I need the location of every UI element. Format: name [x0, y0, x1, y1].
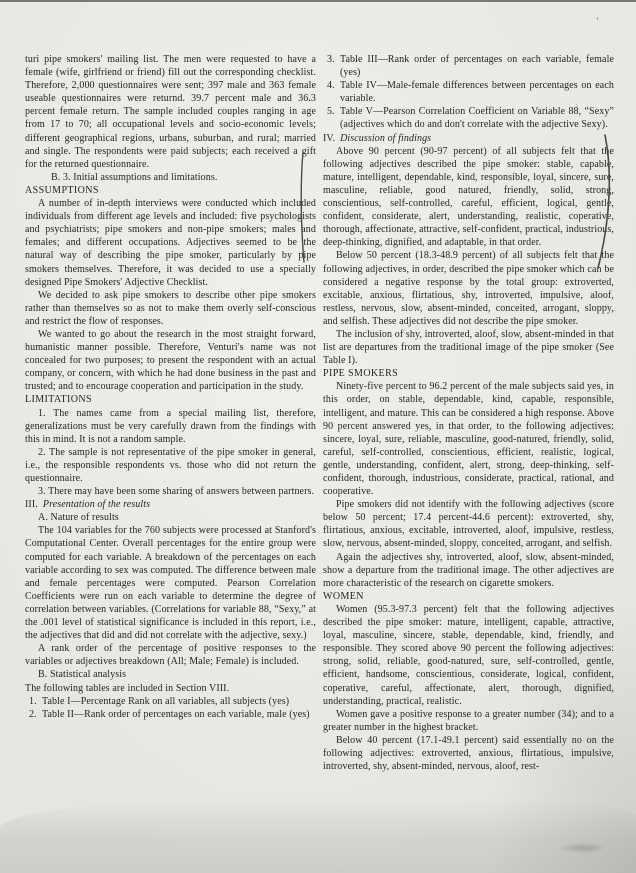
section-heading-assumptions: ASSUMPTIONS — [25, 184, 316, 197]
paragraph: Ninety-five percent to 96.2 percent of t… — [323, 380, 614, 498]
subsection-heading: A. Nature of results — [25, 511, 316, 524]
left-column: turi pipe smokers' mailing list. The men… — [25, 53, 316, 721]
list-item-text: Table IV—Male-female differences between… — [340, 79, 614, 105]
numbered-paragraph: 2. The sample is not representative of t… — [25, 446, 316, 485]
section-heading-limitations: LIMITATIONS — [25, 393, 316, 406]
paragraph: A rank order of the percentage of positi… — [25, 642, 316, 668]
list-item: 5. Table V—Pearson Correlation Coefficie… — [323, 105, 614, 131]
paragraph: The 104 variables for the 760 subjects w… — [25, 524, 316, 642]
list-item-number: 5. — [323, 105, 340, 131]
paragraph: We wanted to go about the research in th… — [25, 328, 316, 393]
subsection-heading: B. 3. Initial assumptions and limitation… — [25, 171, 316, 184]
section-numeral: IV. — [323, 133, 335, 144]
numbered-paragraph: 3. There may have been some sharing of a… — [25, 485, 316, 498]
section-heading-pipe-smokers: PIPE SMOKERS — [323, 367, 614, 380]
numbered-paragraph: 1. The names came from a special mailing… — [25, 407, 316, 446]
section-title-discussion: IV.Discussion of findings — [323, 132, 614, 145]
list-item-number: 4. — [323, 79, 340, 105]
scan-speck: ’ — [596, 16, 599, 26]
paragraph: The inclusion of shy, introverted, aloof… — [323, 328, 614, 367]
list-item-text: Table II—Rank order of percentages on ea… — [42, 708, 316, 721]
section-numeral: III. — [25, 499, 38, 510]
paragraph: Again the adjectives shy, introverted, a… — [323, 551, 614, 590]
section-title-text: Discussion of findings — [340, 133, 431, 144]
paragraph: We decided to ask pipe smokers to descri… — [25, 289, 316, 328]
subsection-heading: B. Statistical analysis — [25, 668, 316, 681]
list-item-text: Table V—Pearson Correlation Coefficient … — [340, 105, 614, 131]
paragraph: A number of in-depth interviews were con… — [25, 197, 316, 289]
list-item: 3. Table III—Rank order of percentages o… — [323, 53, 614, 79]
scan-top-edge — [0, 0, 636, 2]
list-item-number: 3. — [323, 53, 340, 79]
paragraph: Pipe smokers did not identify with the f… — [323, 498, 614, 550]
paragraph-marked: Above 90 percent (90-97 percent) of all … — [323, 145, 614, 250]
list-item: 2. Table II—Rank order of percentages on… — [25, 708, 316, 721]
paragraph: turi pipe smokers' mailing list. The men… — [25, 53, 316, 171]
section-title-presentation: III.Presentation of the results — [25, 498, 316, 511]
list-item: 4. Table IV—Male-female differences betw… — [323, 79, 614, 105]
paragraph: The following tables are included in Sec… — [25, 682, 316, 695]
list-item-number: 1. — [25, 695, 42, 708]
list-item: 1. Table I—Percentage Rank on all variab… — [25, 695, 316, 708]
list-item-number: 2. — [25, 708, 42, 721]
scan-corner-shade — [486, 593, 636, 873]
section-title-text: Presentation of the results — [43, 499, 150, 510]
list-item-text: Table I—Percentage Rank on all variables… — [42, 695, 316, 708]
list-item-text: Table III—Rank order of percentages on e… — [340, 53, 614, 79]
scanned-page: turi pipe smokers' mailing list. The men… — [0, 0, 636, 873]
paragraph: Below 50 percent (18.3-48.9 percent) of … — [323, 249, 614, 328]
